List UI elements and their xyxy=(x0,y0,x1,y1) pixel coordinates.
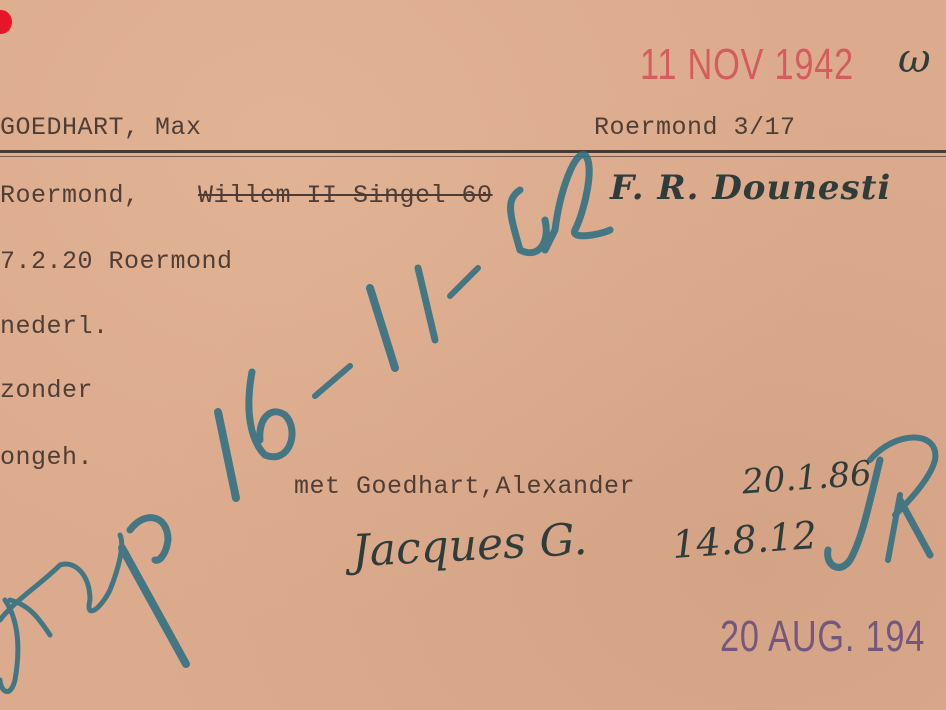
registry-reference: Roermond 3/17 xyxy=(594,113,796,142)
handwritten-second-person-birthdate: 14.8.12 xyxy=(671,513,819,567)
handwritten-alexander-birthdate: 20.1.86 xyxy=(741,454,873,503)
card-name-heading: GOEDHART, Max xyxy=(0,113,202,142)
religion: zonder xyxy=(0,376,93,405)
address-city: Roermond, xyxy=(0,181,140,210)
marital-status: ongeh. xyxy=(0,443,93,472)
header-divider-thin xyxy=(0,156,946,157)
accompanied-by: met Goedhart,Alexander xyxy=(294,472,635,501)
birth-date-place: 7.2.20 Roermond xyxy=(0,247,233,276)
handwritten-second-person: Jacques G. xyxy=(351,514,589,577)
header-divider-thick xyxy=(0,150,946,153)
date-stamp-top: 11 NOV 1942 xyxy=(640,40,854,90)
nationality: nederl. xyxy=(0,312,109,341)
handwritten-new-address: F. R. Dounesti xyxy=(610,168,891,208)
date-stamp-bottom: 20 AUG. 194 xyxy=(720,612,925,662)
blue-pencil-annotations xyxy=(0,0,946,710)
handwritten-mark-top: ω xyxy=(898,36,931,82)
handwritten-42 xyxy=(511,155,610,253)
archive-index-card: 11 NOV 1942 ω GOEDHART, Max Roermond 3/1… xyxy=(0,0,946,710)
address-struck-through: Willem II Singel 60 xyxy=(198,181,493,210)
recording-indicator-dot xyxy=(0,10,12,34)
